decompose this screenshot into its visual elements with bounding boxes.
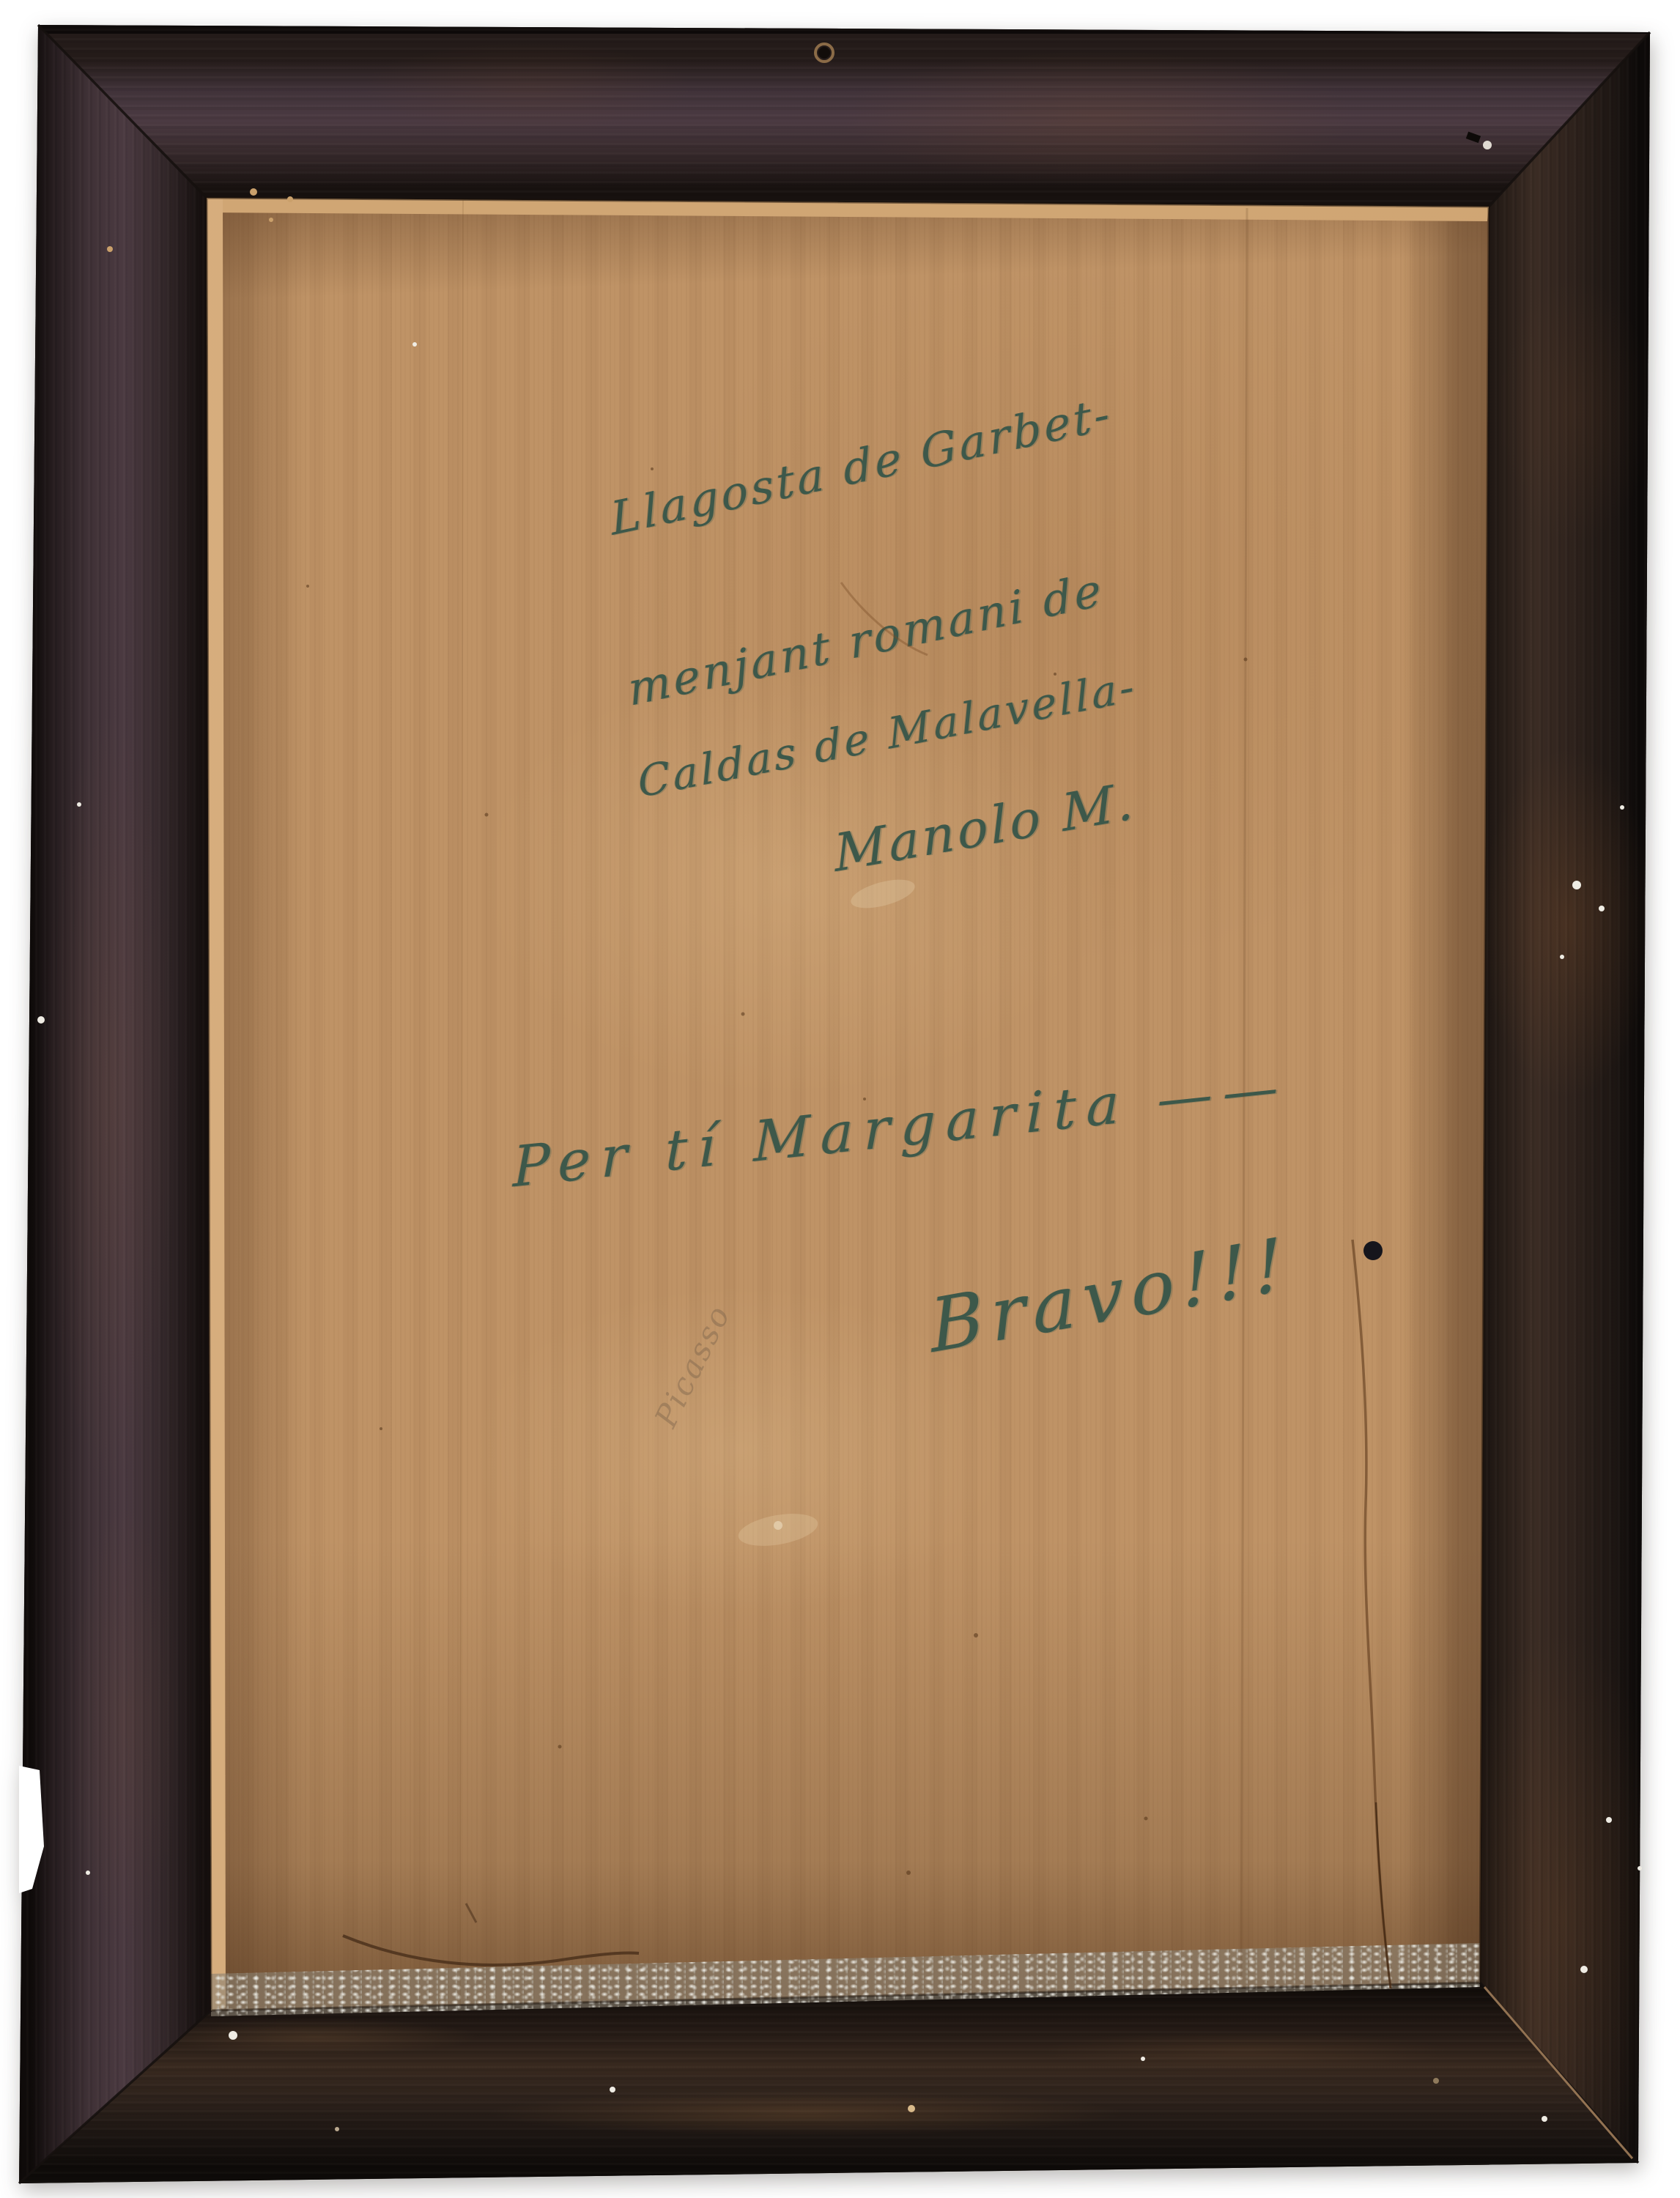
photo-framed-artwork-back: Llagosta de Garbet- menjant romani de Ca… [0,0,1680,2198]
picture-frame: Llagosta de Garbet- menjant romani de Ca… [0,0,1680,2198]
